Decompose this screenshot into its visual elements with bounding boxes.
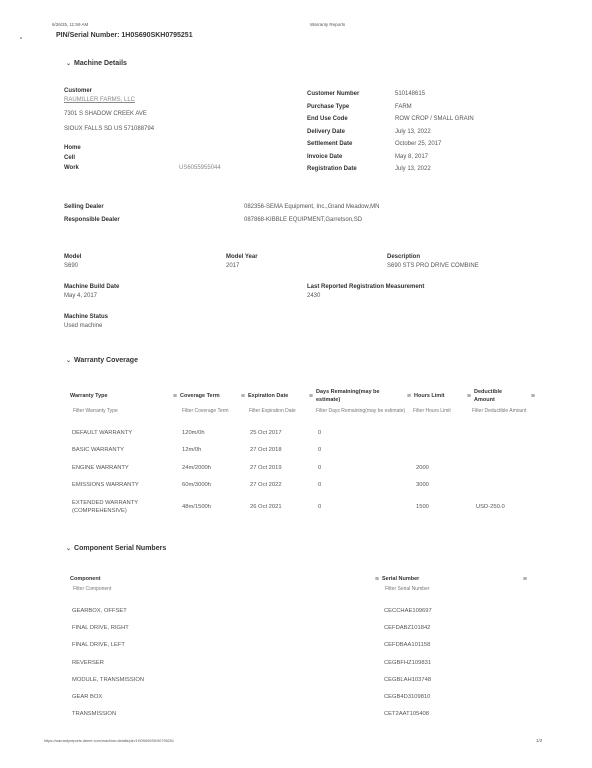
- sort-filter-icon[interactable]: ≡: [309, 393, 312, 400]
- footer-url: https://warrantyreports.deere.com/machin…: [44, 739, 174, 743]
- customer-info-fields: Customer Number510148615Purchase TypeFAR…: [307, 88, 547, 176]
- detail-label: Customer Number: [307, 91, 395, 97]
- dealer-value: 087868-KIBBLE EQUIPMENT,Garretson,SD: [244, 217, 362, 223]
- home-phone-label: Home: [64, 145, 284, 155]
- table-cell: DEFAULT WARRANTY: [70, 429, 180, 437]
- customer-address-line2: SIOUX FALLS SD US 571088794: [64, 126, 284, 145]
- table-row: FINAL DRIVE, LEFTCEFDBAA101158: [70, 637, 530, 654]
- table-cell: CEGBLAH103748: [382, 676, 530, 684]
- component-table: Component≡Serial Number≡ Filter Componen…: [70, 574, 530, 723]
- description-value: S690 STS PRO DRIVE COMBINE: [387, 263, 479, 269]
- table-row: TRANSMISSIONCET2AAT105408: [70, 706, 530, 723]
- table-cell: ENGINE WARRANTY: [70, 464, 180, 472]
- work-phone-value[interactable]: US6055955044: [179, 165, 221, 171]
- machine-details-title: Machine Details: [74, 60, 127, 67]
- table-cell: REVERSER: [70, 659, 382, 667]
- detail-label: End Use Code: [307, 116, 395, 122]
- pin-label: PIN/Serial Number:: [56, 32, 119, 39]
- table-row: MODULE, TRANSMISSIONCEGBLAH103748: [70, 671, 530, 688]
- sort-filter-icon[interactable]: ≡: [523, 576, 526, 583]
- detail-label: Invoice Date: [307, 154, 395, 160]
- dealer-label: Selling Dealer: [64, 204, 244, 210]
- description-field: Description S690 STS PRO DRIVE COMBINE: [387, 254, 479, 269]
- warranty-coverage-toggle[interactable]: ⌄ Warranty Coverage: [66, 357, 138, 364]
- table-cell: BASIC WARRANTY: [70, 446, 180, 454]
- dealer-fields: Selling Dealer082356-SEMA Equipment, Inc…: [64, 200, 544, 226]
- table-cell: 0: [316, 429, 414, 437]
- table-cell: TRANSMISSION: [70, 710, 382, 718]
- table-cell: 27 Oct 2019: [248, 464, 316, 472]
- column-header[interactable]: Days Remaining(may be estimate)≡: [316, 388, 414, 404]
- customer-label: Customer: [64, 88, 284, 97]
- margin-dot: [20, 37, 22, 39]
- table-cell: FINAL DRIVE, RIGHT: [70, 624, 382, 632]
- model-year-field: Model Year 2017: [226, 254, 258, 269]
- machine-status-field: Machine Status Used machine: [64, 314, 108, 329]
- sort-filter-icon[interactable]: ≡: [467, 393, 470, 400]
- column-filter-input[interactable]: Filter Serial Number: [382, 586, 530, 592]
- pin-value: 1H0S690SKH0795251: [121, 32, 192, 39]
- table-row: ENGINE WARRANTY24m/2000h27 Oct 201902000: [70, 459, 538, 477]
- last-measurement-value: 2430: [307, 293, 424, 299]
- detail-row: Invoice DateMay 8, 2017: [307, 151, 547, 164]
- table-cell: 0: [316, 446, 414, 454]
- column-header-label: Component: [70, 575, 101, 583]
- column-filter-input[interactable]: Filter Hours Limit: [410, 408, 469, 414]
- model-label: Model: [64, 254, 81, 260]
- column-header-label: Expiration Date: [248, 392, 288, 400]
- table-cell: 60m/3000h: [180, 481, 248, 489]
- column-header[interactable]: Coverage Term≡: [180, 392, 248, 400]
- column-header[interactable]: Expiration Date≡: [248, 392, 316, 400]
- table-cell: CEFDBAA101158: [382, 641, 530, 649]
- table-cell: GEARBOX, OFFSET: [70, 607, 382, 615]
- warranty-table: Warranty Type≡Coverage Term≡Expiration D…: [70, 386, 538, 520]
- table-cell: CET2AAT105408: [382, 710, 530, 718]
- print-page-title: Warranty Reports: [310, 22, 345, 27]
- column-header[interactable]: Hours Limit≡: [414, 392, 474, 400]
- dealer-label: Responsible Dealer: [64, 217, 244, 223]
- table-cell: USD-250.0: [474, 503, 538, 511]
- sort-filter-icon[interactable]: ≡: [173, 393, 176, 400]
- table-cell: CEGBFHZ109831: [382, 659, 530, 667]
- component-serials-title: Component Serial Numbers: [74, 545, 166, 552]
- customer-name-link[interactable]: RAUMILLER FARMS, LLC: [64, 97, 284, 111]
- detail-value: July 13, 2022: [395, 129, 431, 135]
- column-header-label: Hours Limit: [414, 392, 445, 400]
- detail-row: Registration DateJuly 13, 2022: [307, 163, 547, 176]
- detail-label: Registration Date: [307, 166, 395, 172]
- table-row: FINAL DRIVE, RIGHTCEFDABZ101842: [70, 619, 530, 636]
- machine-details-toggle[interactable]: ⌄ Machine Details: [66, 60, 127, 67]
- build-date-field: Machine Build Date May 4, 2017: [64, 284, 119, 299]
- dealer-row: Responsible Dealer087868-KIBBLE EQUIPMEN…: [64, 213, 544, 226]
- column-header[interactable]: Serial Number≡: [382, 575, 530, 583]
- component-serials-toggle[interactable]: ⌄ Component Serial Numbers: [66, 545, 166, 552]
- table-cell: EXTENDED WARRANTY (COMPREHENSIVE): [70, 499, 180, 515]
- table-cell: GEAR BOX: [70, 693, 382, 701]
- table-cell: 12m/0h: [180, 446, 248, 454]
- table-cell: 120m/0h: [180, 429, 248, 437]
- column-header-label: Deductible Amount: [474, 388, 524, 404]
- table-cell: CECCHAE109697: [382, 607, 530, 615]
- detail-label: Delivery Date: [307, 129, 395, 135]
- detail-row: Delivery DateJuly 13, 2022: [307, 126, 547, 139]
- table-cell: 0: [316, 503, 414, 511]
- sort-filter-icon[interactable]: ≡: [241, 393, 244, 400]
- column-filter-input[interactable]: Filter Warranty Type: [70, 408, 179, 414]
- detail-label: Settlement Date: [307, 141, 395, 147]
- table-row: GEAR BOXCEGB4D3109810: [70, 688, 530, 705]
- column-filter-input[interactable]: Filter Deductible Amount: [469, 408, 532, 414]
- detail-value: 510148615: [395, 91, 425, 97]
- table-cell: 1500: [414, 503, 474, 511]
- column-header[interactable]: Warranty Type≡: [70, 392, 180, 400]
- machine-status-label: Machine Status: [64, 314, 108, 320]
- column-filter-input[interactable]: Filter Days Remaining(may be estimate): [313, 408, 410, 414]
- work-phone-label: Work: [64, 165, 179, 171]
- table-cell: EMISSIONS WARRANTY: [70, 481, 180, 489]
- customer-block: Customer RAUMILLER FARMS, LLC 7301 S SHA…: [64, 88, 284, 171]
- table-cell: FINAL DRIVE, LEFT: [70, 641, 382, 649]
- print-timestamp: 6/26/25, 11:59 AM: [52, 22, 88, 27]
- detail-row: Purchase TypeFARM: [307, 101, 547, 114]
- table-cell: MODULE, TRANSMISSION: [70, 676, 382, 684]
- column-header[interactable]: Component≡: [70, 575, 382, 583]
- table-cell: 0: [316, 464, 414, 472]
- table-cell: CEGB4D3109810: [382, 693, 530, 701]
- table-cell: 48m/1500h: [180, 503, 248, 511]
- last-measurement-field: Last Reported Registration Measurement 2…: [307, 284, 424, 299]
- detail-label: Purchase Type: [307, 104, 395, 110]
- table-cell: 26 Oct 2021: [248, 503, 316, 511]
- column-header-label: Days Remaining(may be estimate): [316, 388, 400, 404]
- detail-value: May 8, 2017: [395, 154, 428, 160]
- machine-status-value: Used machine: [64, 323, 108, 329]
- column-header-label: Serial Number: [382, 575, 419, 583]
- table-cell: 24m/2000h: [180, 464, 248, 472]
- last-measurement-label: Last Reported Registration Measurement: [307, 284, 424, 290]
- table-cell: 3000: [414, 481, 474, 489]
- table-row: EMISSIONS WARRANTY60m/3000h27 Oct 202203…: [70, 477, 538, 495]
- detail-value: July 13, 2022: [395, 166, 431, 172]
- column-filter-input[interactable]: Filter Expiration Date: [246, 408, 313, 414]
- chevron-down-icon: ⌄: [66, 357, 71, 364]
- customer-address-line1: 7301 S SHADOW CREEK AVE: [64, 111, 284, 126]
- table-cell: 25 Oct 2017: [248, 429, 316, 437]
- detail-value: ROW CROP / SMALL GRAIN: [395, 116, 474, 122]
- chevron-down-icon: ⌄: [66, 545, 71, 552]
- build-date-value: May 4, 2017: [64, 293, 119, 299]
- table-row: DEFAULT WARRANTY120m/0h25 Oct 20170: [70, 424, 538, 442]
- chevron-down-icon: ⌄: [66, 60, 71, 67]
- sort-filter-icon[interactable]: ≡: [531, 393, 534, 400]
- detail-row: Customer Number510148615: [307, 88, 547, 101]
- detail-value: October 25, 2017: [395, 141, 441, 147]
- table-row: REVERSERCEGBFHZ109831: [70, 654, 530, 671]
- description-label: Description: [387, 254, 479, 260]
- warranty-coverage-title: Warranty Coverage: [74, 357, 138, 364]
- sort-filter-icon[interactable]: ≡: [407, 393, 410, 400]
- column-filter-input[interactable]: Filter Component: [70, 586, 382, 592]
- sort-filter-icon[interactable]: ≡: [375, 576, 378, 583]
- model-value: S690: [64, 263, 81, 269]
- detail-row: End Use CodeROW CROP / SMALL GRAIN: [307, 113, 547, 126]
- column-header-label: Warranty Type: [70, 392, 108, 400]
- dealer-row: Selling Dealer082356-SEMA Equipment, Inc…: [64, 200, 544, 213]
- detail-value: FARM: [395, 104, 412, 110]
- detail-row: Settlement DateOctober 25, 2017: [307, 138, 547, 151]
- table-row: GEARBOX, OFFSETCECCHAE109697: [70, 602, 530, 619]
- model-field: Model S690: [64, 254, 81, 269]
- table-cell: 27 Oct 2022: [248, 481, 316, 489]
- table-row: EXTENDED WARRANTY (COMPREHENSIVE)48m/150…: [70, 494, 538, 520]
- model-year-value: 2017: [226, 263, 258, 269]
- footer-page-number: 1/2: [536, 738, 542, 743]
- table-row: BASIC WARRANTY12m/0h27 Oct 20180: [70, 442, 538, 460]
- table-cell: 2000: [414, 464, 474, 472]
- column-filter-input[interactable]: Filter Coverage Term: [179, 408, 246, 414]
- build-date-label: Machine Build Date: [64, 284, 119, 290]
- cell-phone-label: Cell: [64, 155, 284, 165]
- dealer-value: 082356-SEMA Equipment, Inc.,Grand Meadow…: [244, 204, 379, 210]
- table-cell: 0: [316, 481, 414, 489]
- column-header[interactable]: Deductible Amount≡: [474, 388, 538, 404]
- model-year-label: Model Year: [226, 254, 258, 260]
- column-header-label: Coverage Term: [180, 392, 220, 400]
- table-cell: 27 Oct 2018: [248, 446, 316, 454]
- table-cell: CEFDABZ101842: [382, 624, 530, 632]
- pin-serial-heading: PIN/Serial Number: 1H0S690SKH0795251: [56, 32, 193, 39]
